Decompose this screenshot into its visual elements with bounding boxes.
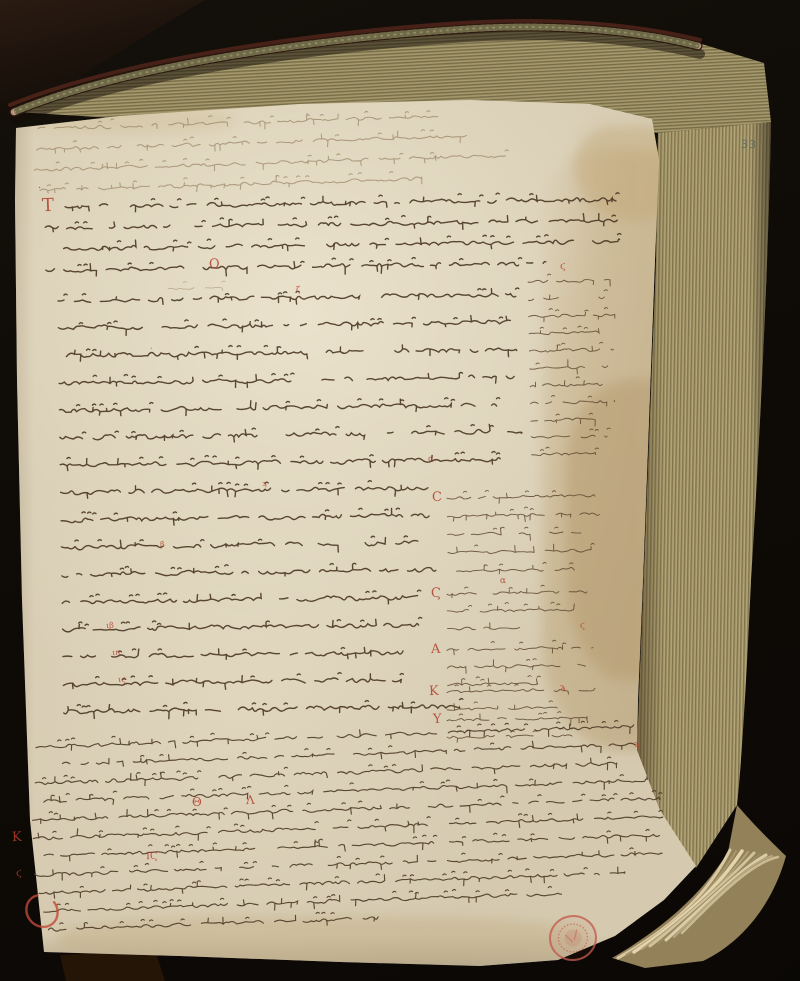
rubric-glyph: ϛ [16, 869, 22, 879]
rubric-glyph: ϛ [580, 622, 585, 631]
rubric-theta-sign: Θ [192, 796, 202, 808]
rubric-capital-stigma: Ϛ [431, 587, 441, 600]
rubric-glyph: ϡ [262, 480, 267, 488]
rubric-glyph: α [428, 455, 434, 463]
rubric-glyph: β [160, 541, 165, 549]
rubric-capital-upsilon: Υ [433, 713, 442, 726]
rubric-capital-C: Ϲ [432, 491, 442, 504]
manuscript-photo: ΤΟϛ·ζ·αϡβιβιηιϛϹϚΑΚΥαϛϡΘΛΚΙϚϛ·ϡ 33 [0, 0, 800, 981]
rubric-glyph: α [500, 577, 506, 586]
rubric-initial-omicron: Ο [209, 258, 220, 271]
folio-number: 33 [741, 138, 758, 152]
rubric-glyph: · [150, 345, 153, 353]
rubric-layer: ΤΟϛ·ζ·αϡβιβιηιϛϹϚΑΚΥαϛϡΘΛΚΙϚϛ·ϡ [0, 0, 800, 981]
rubric-capital-kappa: Κ [429, 685, 439, 698]
rubric-glyph: ζ [296, 286, 301, 294]
rubric-glyph: · [600, 779, 603, 788]
rubric-numeral-16: ΙϚ [146, 852, 158, 862]
rubric-end-sign: ϛ [560, 262, 566, 272]
rubric-top-dot: · [38, 184, 42, 194]
rubric-glyph: ϡ [560, 684, 566, 693]
rubric-glyph: ιη [112, 649, 120, 657]
rubric-initial-tau: Τ [42, 197, 55, 215]
rubric-glyph: ϡ [634, 741, 640, 750]
rubric-glyph: ιβ [106, 622, 114, 630]
rubric-lambda-sign: Λ [246, 794, 255, 806]
rubric-margin-kappa: Κ [12, 831, 22, 844]
rubric-capital-alpha: Α [431, 643, 441, 656]
rubric-glyph: ιϛ [118, 676, 126, 684]
